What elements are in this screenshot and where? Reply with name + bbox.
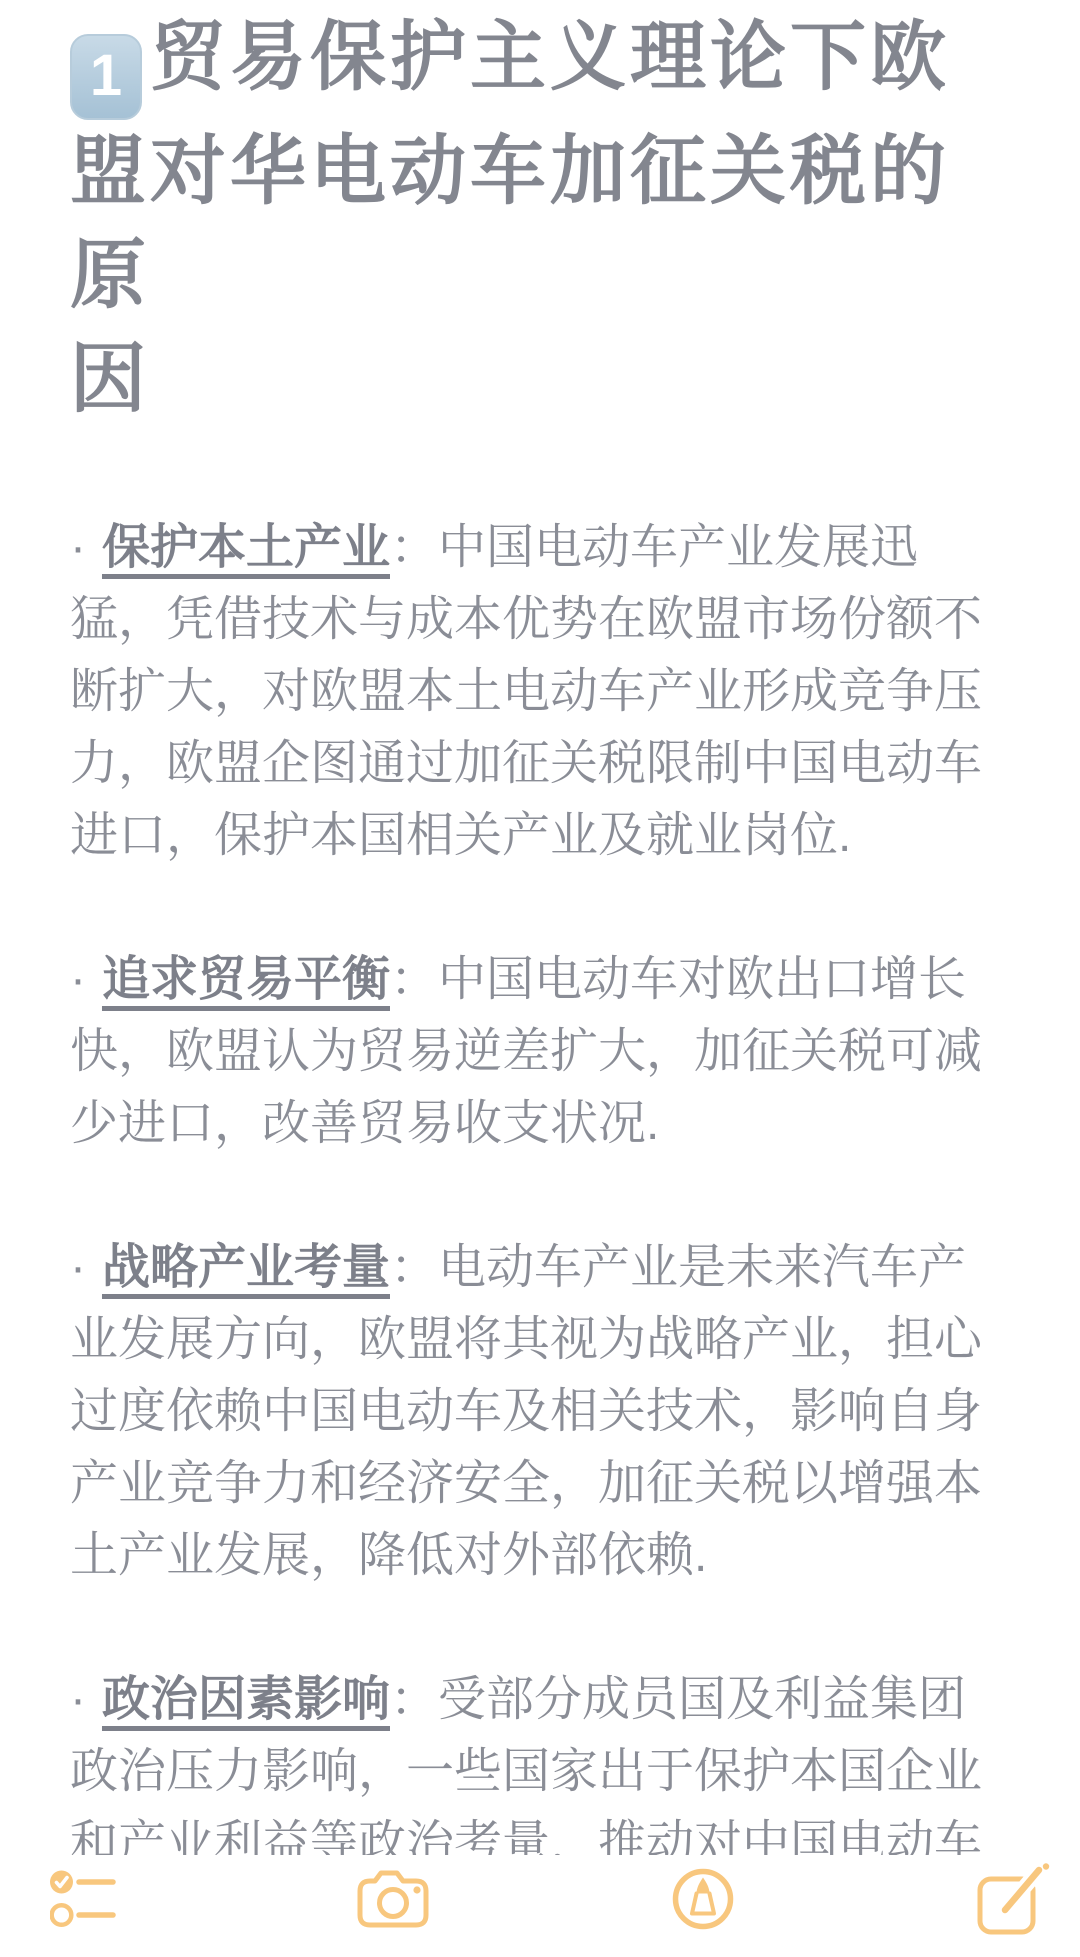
note-paragraph: ·战略产业考量：电动车产业是未来汽车产 业发展方向，欧盟将其视为战略产业，担心 … bbox=[70, 1232, 1010, 1592]
markup-button[interactable] bbox=[671, 1868, 735, 1930]
camera-icon bbox=[357, 1868, 431, 1930]
paragraph-heading: 追求贸易平衡 bbox=[102, 953, 390, 1006]
note-title-text: 贸易保护主义理论下欧 盟对华电动车加征关税的原 因 bbox=[70, 15, 950, 422]
paragraph-colon: ： bbox=[390, 1241, 438, 1294]
note-paragraph: ·追求贸易平衡：中国电动车对欧出口增长 快，欧盟认为贸易逆差扩大，加征关税可减 … bbox=[70, 944, 1010, 1160]
compose-icon bbox=[976, 1863, 1050, 1935]
markup-icon bbox=[671, 1868, 735, 1930]
keycap-digit: 1 bbox=[90, 43, 122, 108]
checklist-icon bbox=[50, 1869, 116, 1929]
notes-page: 1贸易保护主义理论下欧 盟对华电动车加征关税的原 因 ·保护本土产业：中国电动车… bbox=[0, 0, 1080, 1957]
bullet-marker: · bbox=[70, 521, 86, 574]
bottom-toolbar bbox=[0, 1855, 1080, 1957]
note-content[interactable]: 1贸易保护主义理论下欧 盟对华电动车加征关税的原 因 ·保护本土产业：中国电动车… bbox=[0, 0, 1080, 1952]
note-paragraph: ·保护本土产业：中国电动车产业发展迅 猛，凭借技术与成本优势在欧盟市场份额不 断… bbox=[70, 512, 1010, 872]
paragraph-heading: 战略产业考量 bbox=[102, 1241, 390, 1294]
paragraph-colon: ： bbox=[390, 953, 438, 1006]
paragraph-heading: 政治因素影响 bbox=[102, 1673, 390, 1726]
keycap-1-emoji: 1 bbox=[70, 34, 142, 120]
note-title: 1贸易保护主义理论下欧 盟对华电动车加征关税的原 因 bbox=[70, 6, 1010, 432]
paragraph-colon: ： bbox=[390, 1673, 438, 1726]
paragraph-heading: 保护本土产业 bbox=[102, 521, 390, 574]
paragraph-colon: ： bbox=[390, 521, 438, 574]
bullet-marker: · bbox=[70, 1241, 86, 1294]
bullet-marker: · bbox=[70, 953, 86, 1006]
checklist-button[interactable] bbox=[50, 1869, 116, 1929]
camera-button[interactable] bbox=[357, 1868, 431, 1930]
bullet-marker: · bbox=[70, 1673, 86, 1726]
compose-button[interactable] bbox=[976, 1863, 1050, 1935]
